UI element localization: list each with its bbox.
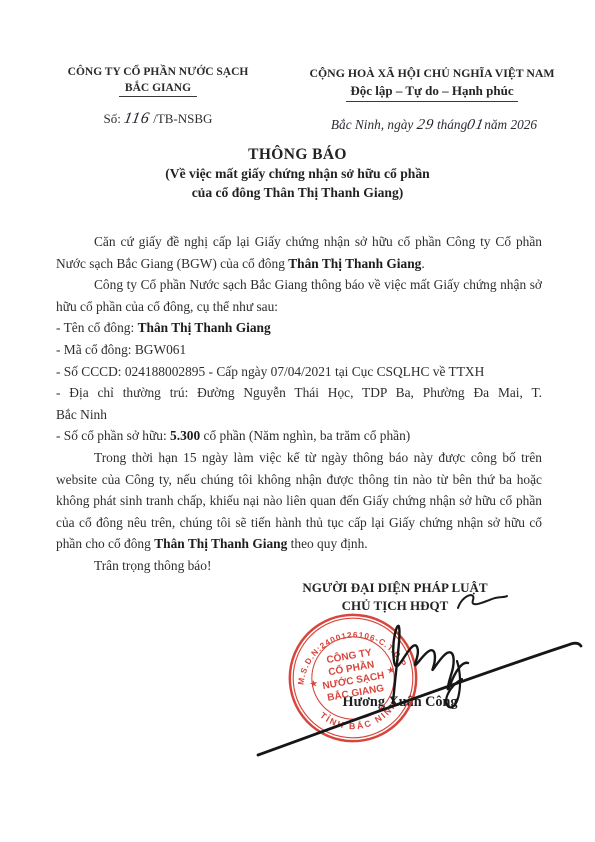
paragraph-basis: Căn cứ giấy đề nghị cấp lại Giấy chứng n… bbox=[56, 231, 542, 274]
item-name-value: Thân Thị Thanh Giang bbox=[138, 320, 271, 335]
document-title: THÔNG BÁO bbox=[0, 146, 595, 164]
document-page: CÔNG TY CỔ PHẦN NƯỚC SẠCH BẮC GIANG Số: … bbox=[0, 0, 595, 842]
company-header: CÔNG TY CỔ PHẦN NƯỚC SẠCH BẮC GIANG bbox=[52, 66, 264, 97]
handwritten-signature bbox=[250, 597, 590, 765]
document-title-block: THÔNG BÁO (Về việc mất giấy chứng nhận s… bbox=[0, 146, 595, 202]
paragraph-basis-period: . bbox=[421, 256, 424, 271]
document-subtitle-line1: (Về việc mất giấy chứng nhận sở hữu cổ p… bbox=[0, 164, 595, 183]
dateline-prefix: Bắc Ninh, ngày bbox=[331, 117, 413, 132]
company-name-line1: CÔNG TY CỔ PHẦN NƯỚC SẠCH bbox=[52, 66, 264, 78]
dateline-day-handwritten: 29 bbox=[415, 117, 435, 134]
paragraph-deadline: Trong thời hạn 15 ngày làm việc kể từ ng… bbox=[56, 447, 542, 555]
item-cccd: - Số CCCD: 024188002895 - Cấp ngày 07/04… bbox=[56, 361, 542, 383]
item-name-label: - Tên cổ đông: bbox=[56, 320, 138, 335]
document-subtitle-line2: của cổ đông Thân Thị Thanh Giang) bbox=[0, 183, 595, 202]
item-address: - Địa chỉ thường trú: Đường Nguyễn Thái … bbox=[56, 382, 542, 425]
item-shares-value: 5.300 bbox=[170, 428, 200, 443]
item-shares: - Số cổ phần sở hữu: 5.300 cổ phần (Năm … bbox=[56, 425, 542, 447]
doc-number-label: Số: bbox=[104, 111, 121, 126]
dateline-month-handwritten: 01 bbox=[466, 117, 486, 134]
item-address-line1: - Địa chỉ thường trú: Đường Nguyễn Thái … bbox=[56, 382, 542, 404]
national-title: CỘNG HOÀ XÃ HỘI CHỦ NGHĨA VIỆT NAM bbox=[303, 66, 561, 81]
national-motto: Độc lập – Tự do – Hạnh phúc bbox=[346, 83, 517, 102]
dateline-suffix: năm 2026 bbox=[484, 117, 537, 132]
paragraph-deadline-name-bold: Thân Thị Thanh Giang bbox=[154, 536, 287, 551]
dateline-mid: tháng bbox=[437, 117, 467, 132]
item-shareholder-name: - Tên cổ đông: Thân Thị Thanh Giang bbox=[56, 317, 542, 339]
item-shares-label: - Số cổ phần sở hữu: bbox=[56, 428, 170, 443]
shareholder-name-bold: Thân Thị Thanh Giang bbox=[288, 256, 421, 271]
document-number: Số: 116 /TB-NSBG bbox=[52, 110, 264, 128]
paragraph-announce: Công ty Cổ phần Nước sạch Bắc Giang thôn… bbox=[56, 274, 542, 317]
item-shareholder-code: - Mã cổ đông: BGW061 bbox=[56, 339, 542, 361]
national-header: CỘNG HOÀ XÃ HỘI CHỦ NGHĨA VIỆT NAM Độc l… bbox=[303, 66, 561, 102]
dateline: Bắc Ninh, ngày 29 tháng01năm 2026 bbox=[303, 117, 565, 134]
closing-line: Trân trọng thông báo! bbox=[56, 555, 542, 577]
doc-number-handwritten: 116 bbox=[123, 110, 152, 128]
item-address-line2: Bắc Ninh bbox=[56, 404, 542, 426]
paragraph-deadline-tail: theo quy định. bbox=[287, 536, 367, 551]
doc-number-suffix: /TB-NSBG bbox=[153, 111, 212, 126]
company-name-line2: BẮC GIANG bbox=[119, 82, 197, 97]
document-body: Căn cứ giấy đề nghị cấp lại Giấy chứng n… bbox=[56, 231, 542, 577]
item-shares-suffix: cổ phần (Năm nghìn, ba trăm cổ phần) bbox=[200, 428, 410, 443]
